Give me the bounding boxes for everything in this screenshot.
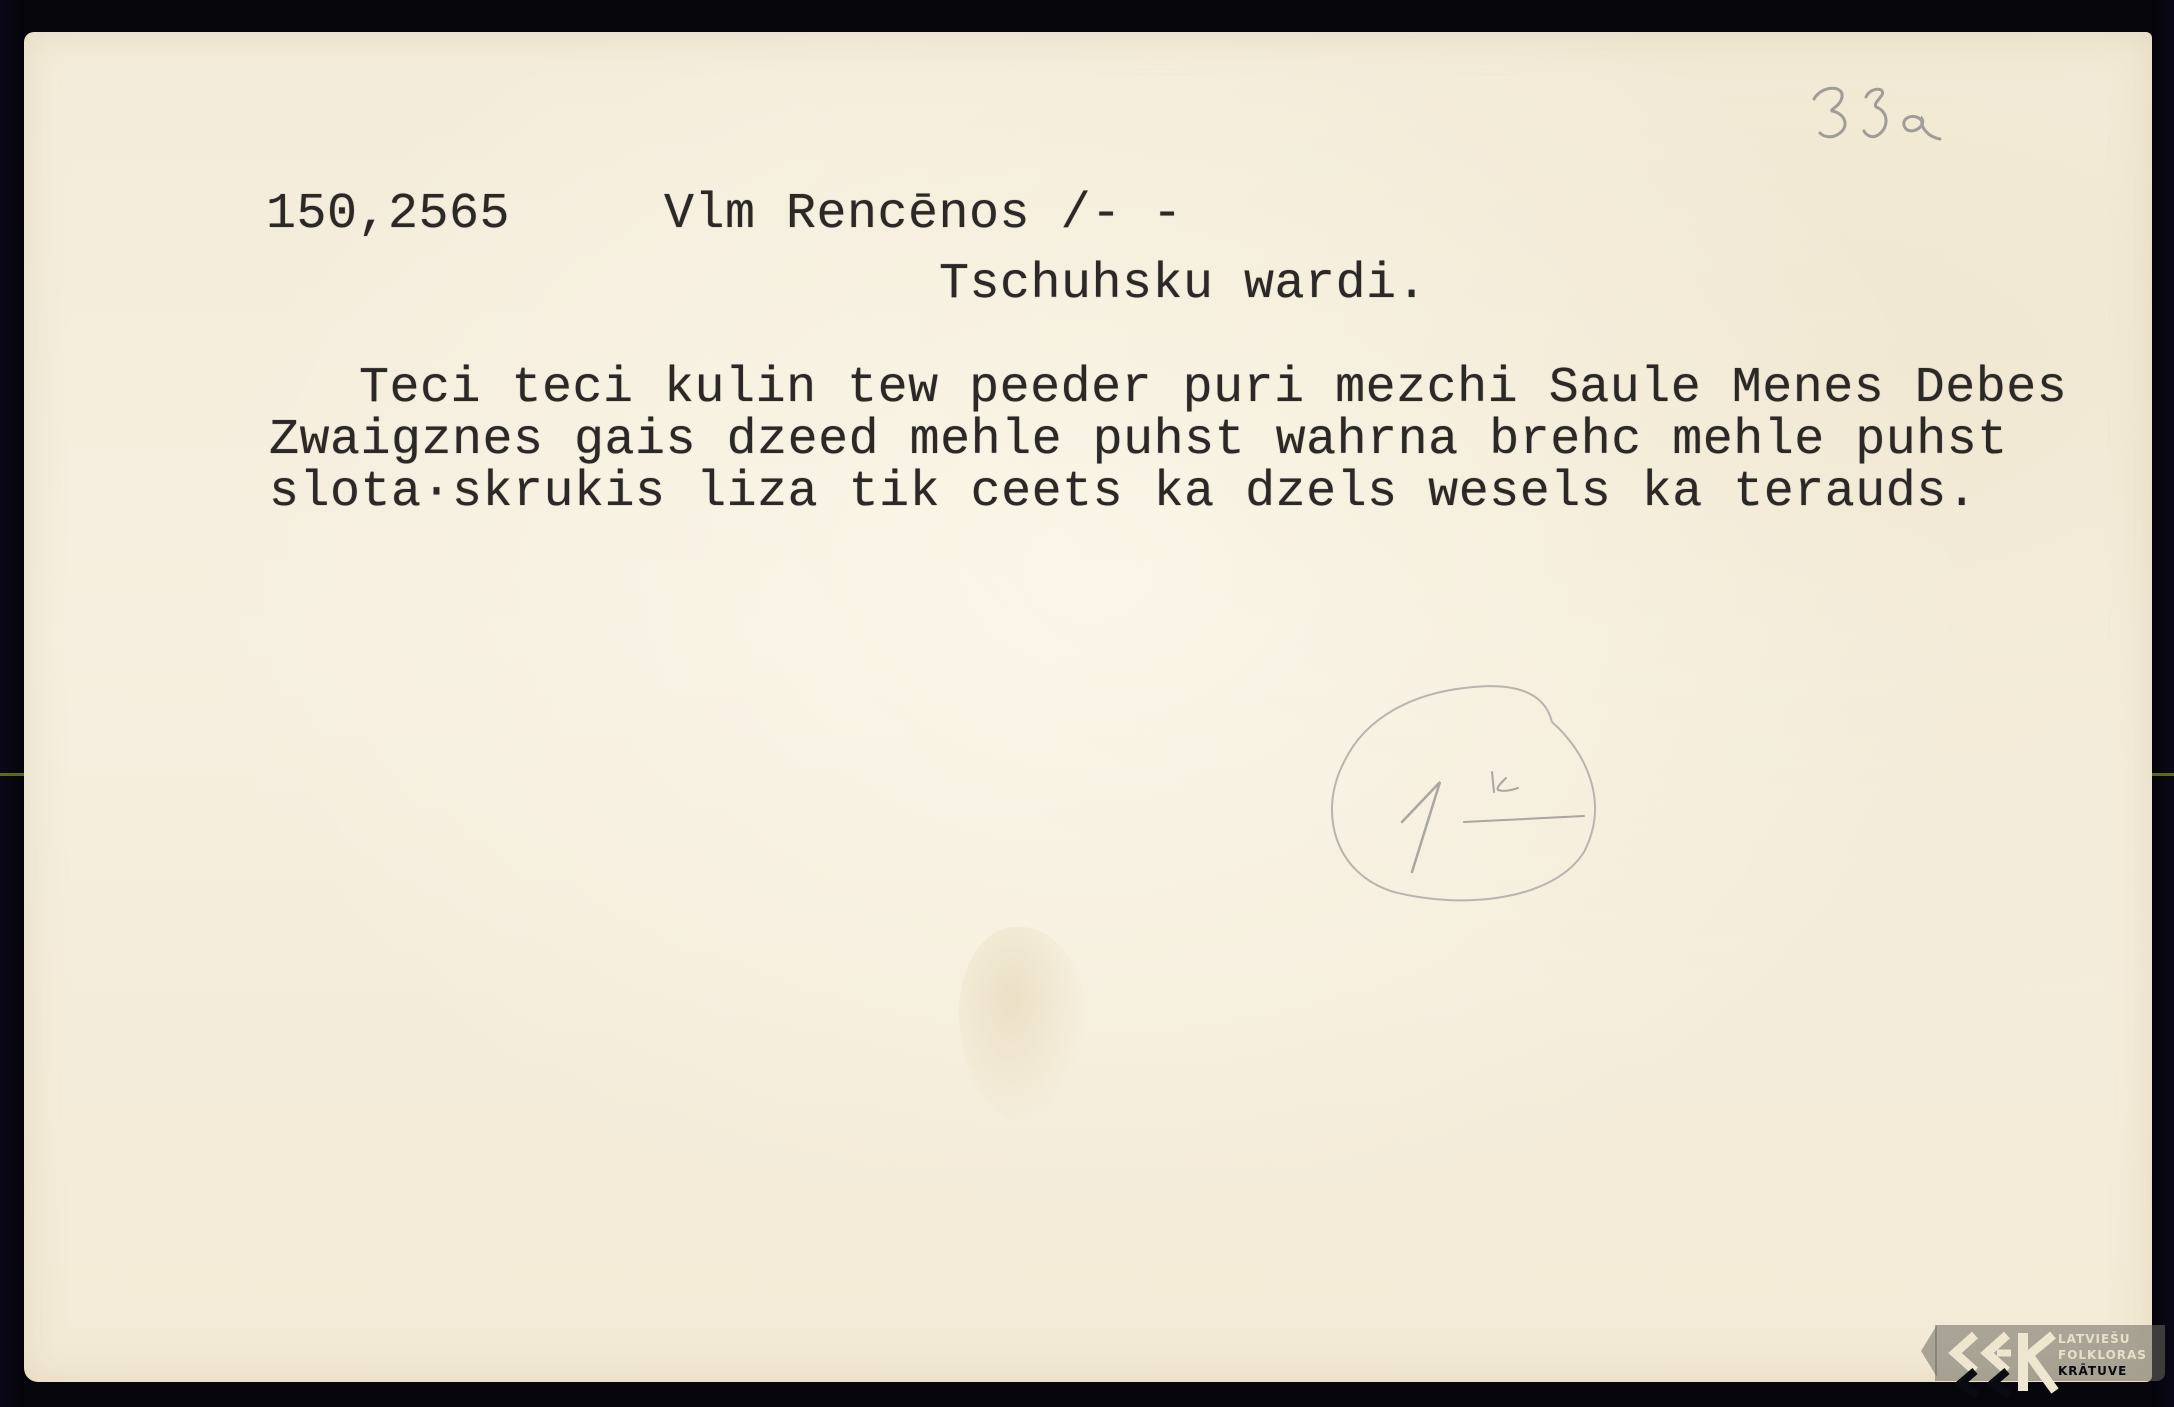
lfk-chevron-logo-icon [1915,1325,2065,1397]
latviesu-folkloras-kratuve-logo: LATVIEŠU FOLKLORAS KRĀTUVE [1915,1325,2165,1397]
circled-pencil-mark: 1 [1314,672,1614,912]
catalog-number: 150,2565 [266,190,510,240]
logo-wordmark: LATVIEŠU FOLKLORAS KRĀTUVE [2058,1331,2147,1379]
body-line-1: Teci teci kulin tew peeder puri mezchi S… [359,364,2067,414]
paper-stain [959,927,1089,1127]
scan-artifact-line-right [2152,773,2174,776]
body-line-3: slota·skrukis liza tik ceets ka dzels we… [269,468,1977,518]
logo-line-3: KRĀTUVE [2058,1363,2147,1379]
pencil-circle-1k-icon [1314,672,1614,912]
scan-border-left [0,0,24,1407]
handwritten-page-mark: 33a [1804,77,2004,157]
logo-line-2: FOLKLORAS [2058,1347,2147,1363]
body-line-2: Zwaigznes gais dzeed mehle puhst wahrna … [269,416,2008,466]
location-label: Vlm Rencēnos /- - [664,190,1183,240]
scan-border-right [2152,0,2174,1407]
handwritten-33a-glyph [1804,77,2004,157]
document-title: Tschuhsku wardi. [939,260,1427,310]
logo-line-1: LATVIEŠU [2058,1331,2147,1347]
archive-card: 33a 150,2565 Vlm Rencēnos /- - Tschuhsku… [24,32,2152,1382]
scan-artifact-line-left [0,773,24,776]
